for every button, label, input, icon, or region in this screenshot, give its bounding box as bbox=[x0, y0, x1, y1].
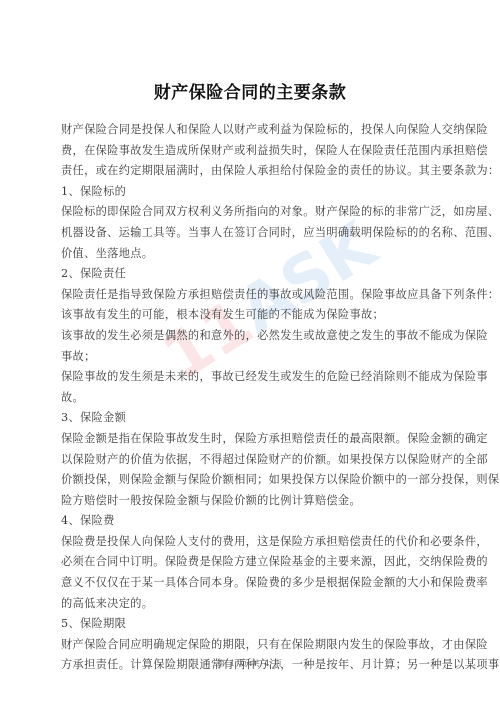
section-heading: 1、保险标的 bbox=[61, 182, 441, 203]
text-line: 保险金额是指在保险事故发生时，保险方承担赔偿责任的最高限额。保险金额的确定 bbox=[61, 429, 441, 450]
text-line: 费，在保险事故发生造成所保财产或利益损失时，保险人在保险责任范围内承担赔偿 bbox=[61, 141, 441, 162]
text-line: 价值、坐落地点。 bbox=[61, 244, 441, 265]
document-body: 财产保险合同是投保人和保险人以财产或利益为保险标的，投保人向保险人交纳保险 费，… bbox=[61, 120, 441, 676]
text-line: 险方赔偿时一般按保险金额与保险价额的比例计算赔偿金。 bbox=[61, 491, 441, 512]
text-line: 保险事故的发生须是未来的，事故已经发生或发生的危险已经消除则不能成为保险事 bbox=[61, 367, 441, 388]
text-line: 的高低来决定的。 bbox=[61, 594, 441, 615]
text-line: 意义不仅仅在于某一具体合同本身。保险费的多少是根据保险金额的大小和保险费率 bbox=[61, 573, 441, 594]
section-heading: 3、保险金额 bbox=[61, 408, 441, 429]
text-line: 保险责任是指导致保险方承担赔偿责任的事故或风险范围。保险事故应具备下列条件： bbox=[61, 285, 441, 306]
text-line: 故。 bbox=[61, 388, 441, 409]
text-line: 该事故的发生必须是偶然的和意外的，必然发生或故意使之发生的事故不能成为保险 bbox=[61, 326, 441, 347]
section-heading: 4、保险费 bbox=[61, 511, 441, 532]
text-line: 价额投保，则保险金额与保险价额相同；如果投保方以保险价额中的一部分投保，则保 bbox=[61, 470, 441, 491]
section-heading: 5、保险期限 bbox=[61, 614, 441, 635]
text-line: 责任，或在约定期限届满时，由保险人承担给付保险金的责任的协议。其主要条款为： bbox=[61, 161, 441, 182]
text-line: 该事故有发生的可能，根本没有发生可能的不能成为保险事故； bbox=[61, 305, 441, 326]
text-line: 事故； bbox=[61, 347, 441, 368]
text-line: 以保险财产的价值为依据，不得超过保险财产的价额。如果投保方以保险财产的全部 bbox=[61, 450, 441, 471]
section-heading: 2、保险责任 bbox=[61, 264, 441, 285]
text-line: 财产保险合同是投保人和保险人以财产或利益为保险标的，投保人向保险人交纳保险 bbox=[61, 120, 441, 141]
text-line: 保险费是投保人向保险人支付的费用，这是保险方承担赔偿责任的代价和必要条件， bbox=[61, 532, 441, 553]
text-line: 财产保险合同应明确规定保险的期限，只有在保险期限内发生的保险事故，才由保险 bbox=[61, 635, 441, 656]
page-number-footer: 第 1 页 共 4 页 bbox=[0, 658, 500, 669]
text-line: 必须在合同中订明。保险费是保险方建立保险基金的主要来源，因此，交纳保险费的 bbox=[61, 552, 441, 573]
text-line: 保险标的即保险合同双方权利义务所指向的对象。财产保险的标的非常广泛，如房屋、 bbox=[61, 202, 441, 223]
text-line: 机器设备、运输工具等。当事人在签订合同时，应当明确载明保险标的的名称、范围、 bbox=[61, 223, 441, 244]
document-title: 财产保险合同的主要条款 bbox=[0, 78, 500, 103]
